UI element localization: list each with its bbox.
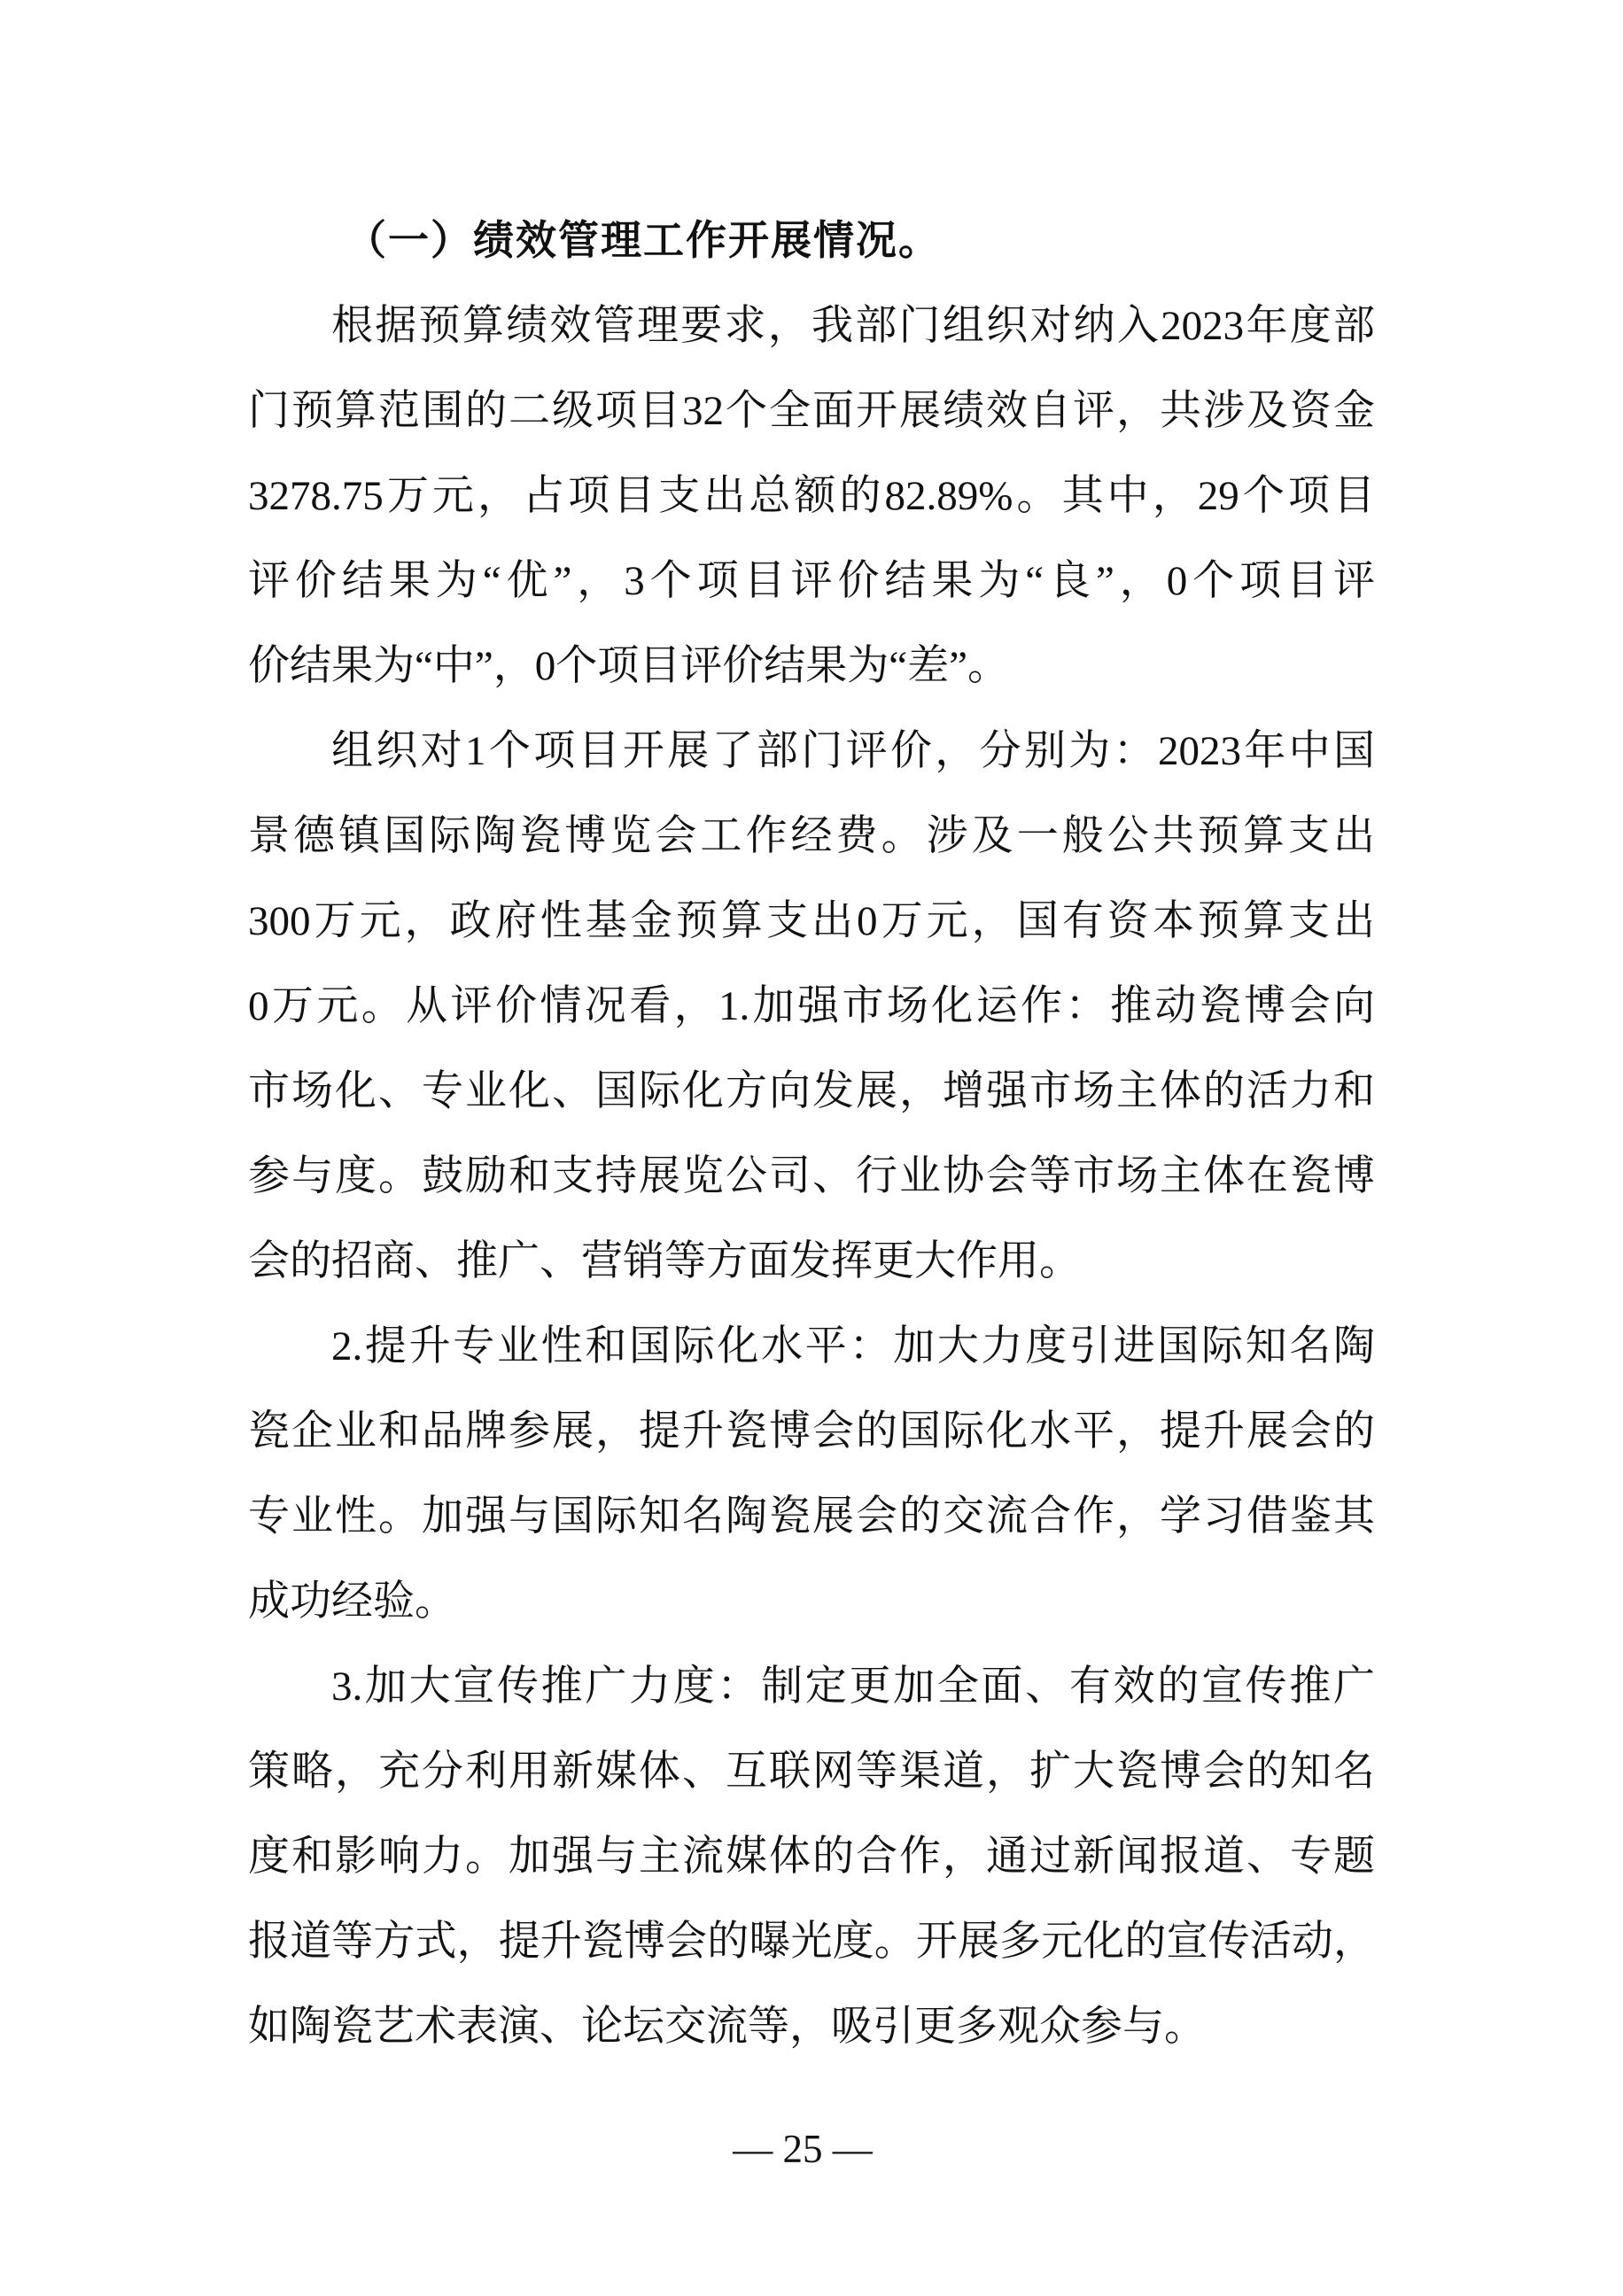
text-line: 专业性。加强与国际知名陶瓷展会的交流合作，学习借鉴其 bbox=[248, 1474, 1375, 1559]
text-line: 成功经验。 bbox=[248, 1559, 1375, 1644]
text-line: 景德镇国际陶瓷博览会工作经费。涉及一般公共预算支出 bbox=[248, 794, 1375, 879]
text-line: 3278.75万元，占项目支出总额的82.89%。其中，29个项目 bbox=[248, 454, 1375, 539]
text-line: 评价结果为“优”，3个项目评价结果为“良”，0个项目评 bbox=[248, 539, 1375, 624]
document-page: （一）绩效管理工作开展情况。 根据预算绩效管理要求，我部门组织对纳入2023年度… bbox=[0, 0, 1623, 2296]
text-line: 度和影响力。加强与主流媒体的合作，通过新闻报道、专题 bbox=[248, 1814, 1375, 1899]
section-heading: （一）绩效管理工作开展情况。 bbox=[248, 198, 1375, 283]
text-line: 瓷企业和品牌参展，提升瓷博会的国际化水平，提升展会的 bbox=[248, 1389, 1375, 1474]
text-line: 组织对1个项目开展了部门评价，分别为：2023年中国 bbox=[248, 709, 1375, 794]
text-line: 策略，充分利用新媒体、互联网等渠道，扩大瓷博会的知名 bbox=[248, 1729, 1375, 1814]
text-line: 市场化、专业化、国际化方向发展，增强市场主体的活力和 bbox=[248, 1049, 1375, 1134]
page-number: — 25 — bbox=[0, 2122, 1614, 2176]
text-line: 2.提升专业性和国际化水平：加大力度引进国际知名陶 bbox=[248, 1304, 1375, 1389]
text-line: 0万元。从评价情况看，1.加强市场化运作：推动瓷博会向 bbox=[248, 964, 1375, 1049]
text-line: 报道等方式，提升瓷博会的曝光度。开展多元化的宣传活动， bbox=[248, 1899, 1375, 1984]
text-line: 门预算范围的二级项目32个全面开展绩效自评，共涉及资金 bbox=[248, 368, 1375, 454]
text-line: 3.加大宣传推广力度：制定更加全面、有效的宣传推广 bbox=[248, 1644, 1375, 1729]
document-body: （一）绩效管理工作开展情况。 根据预算绩效管理要求，我部门组织对纳入2023年度… bbox=[248, 198, 1375, 2069]
text-line: 根据预算绩效管理要求，我部门组织对纳入2023年度部 bbox=[248, 283, 1375, 368]
text-line: 参与度。鼓励和支持展览公司、行业协会等市场主体在瓷博 bbox=[248, 1134, 1375, 1219]
text-line: 会的招商、推广、营销等方面发挥更大作用。 bbox=[248, 1219, 1375, 1304]
text-line: 如陶瓷艺术表演、论坛交流等，吸引更多观众参与。 bbox=[248, 1984, 1375, 2069]
text-line: 300万元，政府性基金预算支出0万元，国有资本预算支出 bbox=[248, 879, 1375, 964]
text-line: 价结果为“中”，0个项目评价结果为“差”。 bbox=[248, 624, 1375, 709]
